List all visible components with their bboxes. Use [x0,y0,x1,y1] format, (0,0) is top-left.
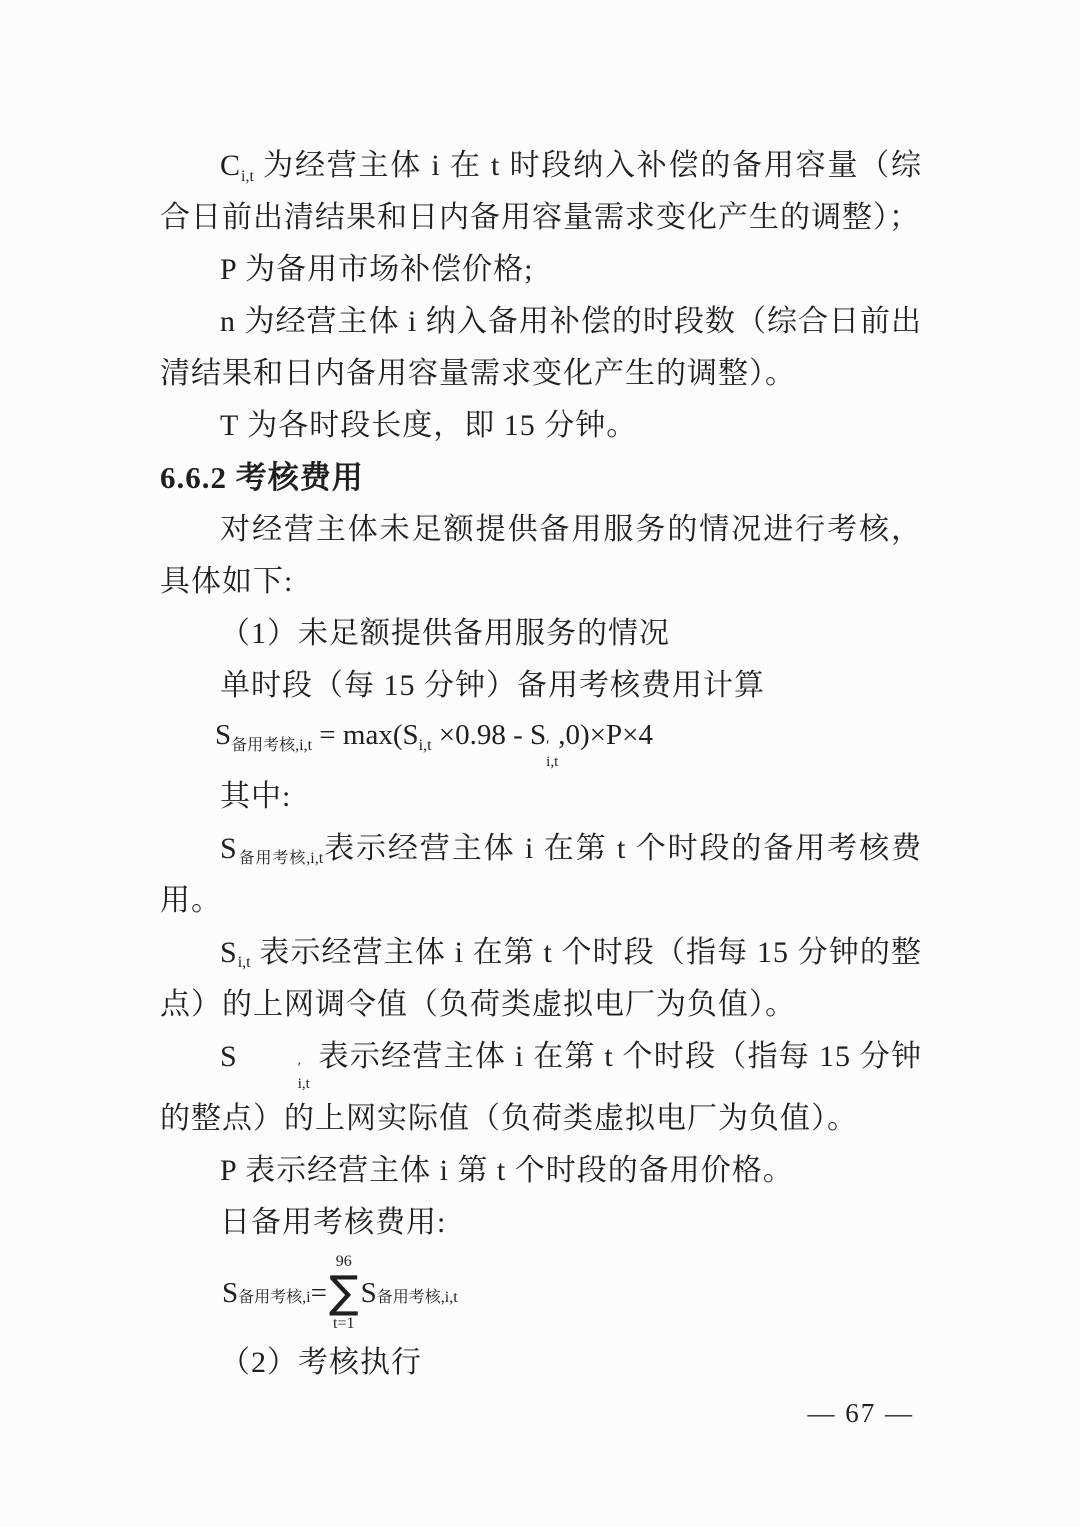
paragraph-s-it-definition: Si,t 表示经营主体 i 在第 t 个时段（指每 15 分钟的整点）的上网调令… [160,927,922,1031]
document-page: Ci,t 为经营主体 i 在 t 时段纳入补偿的备用容量（综合日前出清结果和日内… [0,0,1080,1527]
variable-s-it-subscript: i,t [238,954,251,971]
formula1-equals-max: = max(S [312,719,419,751]
paragraph-s-it-text: 表示经营主体 i 在第 t 个时段（指每 15 分钟的整点）的上网调令值（负荷类… [160,936,922,1021]
paragraph-t-definition: T 为各时段长度，即 15 分钟。 [160,400,922,452]
prime-mark: ′ [546,739,549,755]
formula1-tail: ,0)×P×4 [558,719,653,751]
variable-s-it-prime-supsub: ′i,t [238,1061,310,1093]
variable-c-subscript: i,t [241,168,254,185]
formula1-s-subscript: i,t [419,737,432,754]
page-content: Ci,t 为经营主体 i 在 t 时段纳入补偿的备用容量（综合日前出清结果和日内… [160,140,922,1389]
page-number: — 67 — [808,1398,915,1429]
paragraph-item2: （2）考核执行 [160,1337,922,1389]
paragraph-compensation-price: P 为备用市场补偿价格; [160,244,922,296]
formula1-lhs-subscript: 备用考核,i,t [231,737,312,754]
paragraph-c-definition: Ci,t 为经营主体 i 在 t 时段纳入补偿的备用容量（综合日前出清结果和日内… [160,140,922,244]
variable-s-it: S [220,936,238,969]
summation-symbol: 96∑t=1 [329,1253,359,1332]
paragraph-single-period: 单时段（每 15 分钟）备用考核费用计算 [160,660,922,712]
subscript-it: i,t [238,1077,310,1093]
paragraph-s-assess-definition: S备用考核,i,t表示经营主体 i 在第 t 个时段的备用考核费用。 [160,823,922,927]
formula-single-period-assessment: S备用考核,i,t = max(Si,t ×0.98 - S′i,t,0)×P×… [160,712,922,771]
paragraph-daily-fee-label: 日备用考核费用: [160,1197,922,1249]
formula2-equals: = [311,1270,327,1316]
formula2-rhs: S [361,1270,377,1316]
section-heading: 6.6.2 考核费用 [160,452,922,504]
paragraph-item1: （1）未足额提供备用服务的情况 [160,608,922,660]
paragraph-where: 其中: [160,771,922,823]
paragraph-c-text: 为经营主体 i 在 t 时段纳入补偿的备用容量（综合日前出清结果和日内备用容量需… [160,149,922,234]
variable-s-it-prime: S [220,1040,238,1073]
variable-c: C [220,149,241,182]
paragraph-s-it-prime-definition: S′i,t 表示经营主体 i 在第 t 个时段（指每 15 分钟的整点）的上网实… [160,1031,922,1145]
variable-s-assess-subscript: 备用考核,i,t [238,850,323,867]
paragraph-assessment-intro: 对经营主体未足额提供备用服务的情况进行考核，具体如下: [160,504,922,608]
paragraph-n-definition: n 为经营主体 i 纳入备用补偿的时段数（综合日前出清结果和日内备用容量需求变化… [160,296,922,400]
formula1-lhs: S [215,719,231,751]
summation-lower-limit: t=1 [333,1315,354,1333]
paragraph-s-assess-text: 表示经营主体 i 在第 t 个时段的备用考核费用。 [160,832,922,917]
formula1-mid: ×0.98 - S [432,719,547,751]
formula1-s-prime-subscript: ′i,t [546,739,558,771]
subscript-it: i,t [546,755,558,771]
paragraph-p-definition: P 表示经营主体 i 第 t 个时段的备用价格。 [160,1145,922,1197]
formula2-lhs: S [222,1270,238,1316]
sigma-icon: ∑ [329,1271,359,1315]
prime-mark: ′ [238,1061,301,1077]
formula-daily-assessment: S备用考核,i = 96∑t=1S备用考核,i,t [160,1249,922,1337]
variable-s-assess: S [220,832,238,865]
